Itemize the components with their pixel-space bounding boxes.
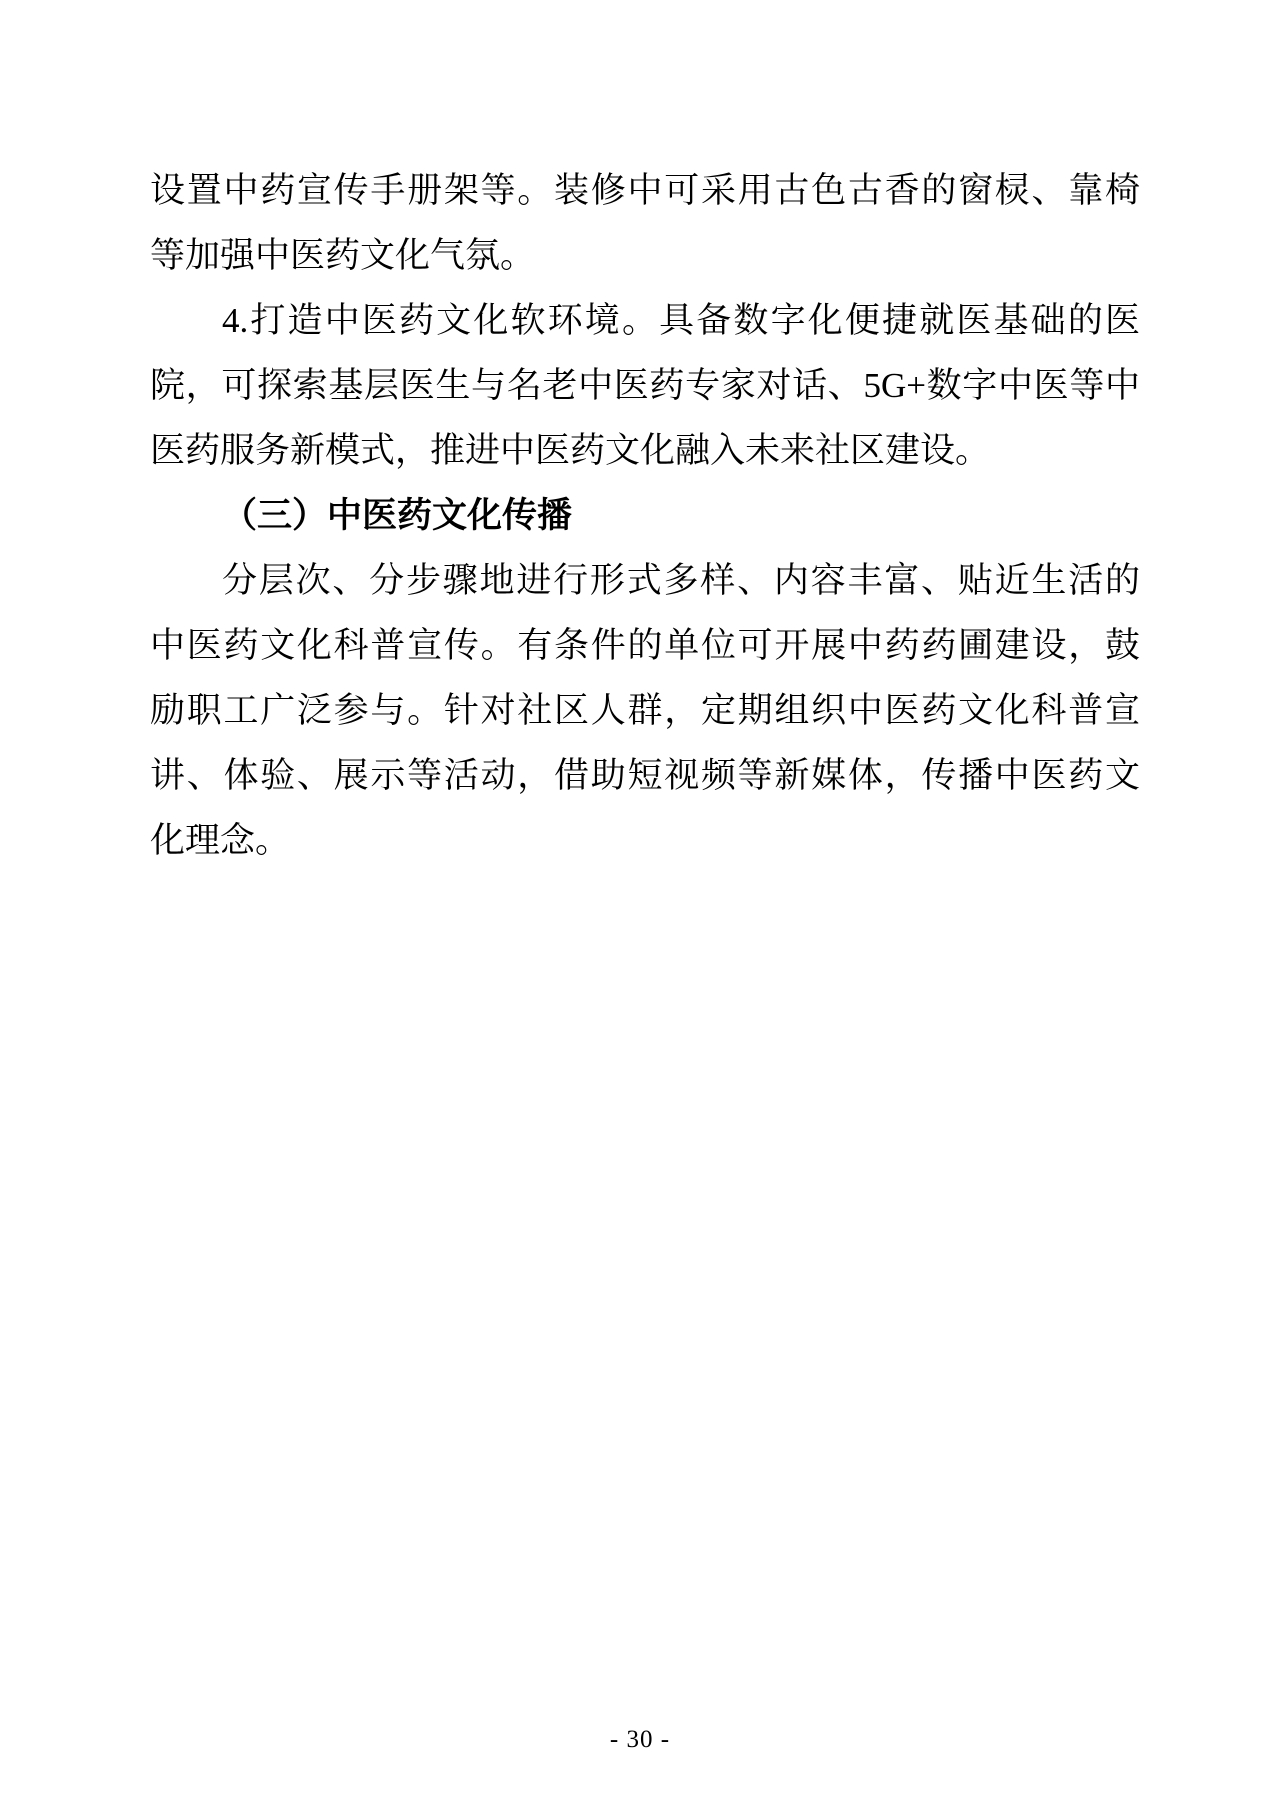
text-line: 励职工广泛参与。针对社区人群，定期组织中医药文化科普宣 — [150, 678, 1140, 743]
text-line: （三）中医药文化传播 — [150, 483, 1140, 548]
paragraph-culture-spread: 分层次、分步骤地进行形式多样、内容丰富、贴近生活的中医药文化科普宣传。有条件的单… — [150, 548, 1140, 873]
text-line: 院，可探索基层医生与名老中医药专家对话、5G+数字中医等中 — [150, 353, 1140, 418]
text-line: 设置中药宣传手册架等。装修中可采用古色古香的窗棂、靠椅 — [150, 158, 1140, 223]
page-footer: - 30 - — [0, 1726, 1280, 1754]
paragraph-item-4: 4.打造中医药文化软环境。具备数字化便捷就医基础的医院，可探索基层医生与名老中医… — [150, 288, 1140, 483]
text-line: 等加强中医药文化气氛。 — [150, 223, 1140, 288]
text-line: 分层次、分步骤地进行形式多样、内容丰富、贴近生活的 — [150, 548, 1140, 613]
text-line: 医药服务新模式，推进中医药文化融入未来社区建设。 — [150, 418, 1140, 483]
text-line: 中医药文化科普宣传。有条件的单位可开展中药药圃建设，鼓 — [150, 613, 1140, 678]
document-content: 设置中药宣传手册架等。装修中可采用古色古香的窗棂、靠椅等加强中医药文化气氛。4.… — [150, 158, 1140, 873]
text-line: 4.打造中医药文化软环境。具备数字化便捷就医基础的医 — [150, 288, 1140, 353]
section-heading-3: （三）中医药文化传播 — [150, 483, 1140, 548]
page-number: - 30 - — [610, 1726, 670, 1753]
document-page: 设置中药宣传手册架等。装修中可采用古色古香的窗棂、靠椅等加强中医药文化气氛。4.… — [0, 0, 1280, 1810]
text-line: 讲、体验、展示等活动，借助短视频等新媒体，传播中医药文 — [150, 743, 1140, 808]
text-line: 化理念。 — [150, 808, 1140, 873]
paragraph-continued: 设置中药宣传手册架等。装修中可采用古色古香的窗棂、靠椅等加强中医药文化气氛。 — [150, 158, 1140, 288]
